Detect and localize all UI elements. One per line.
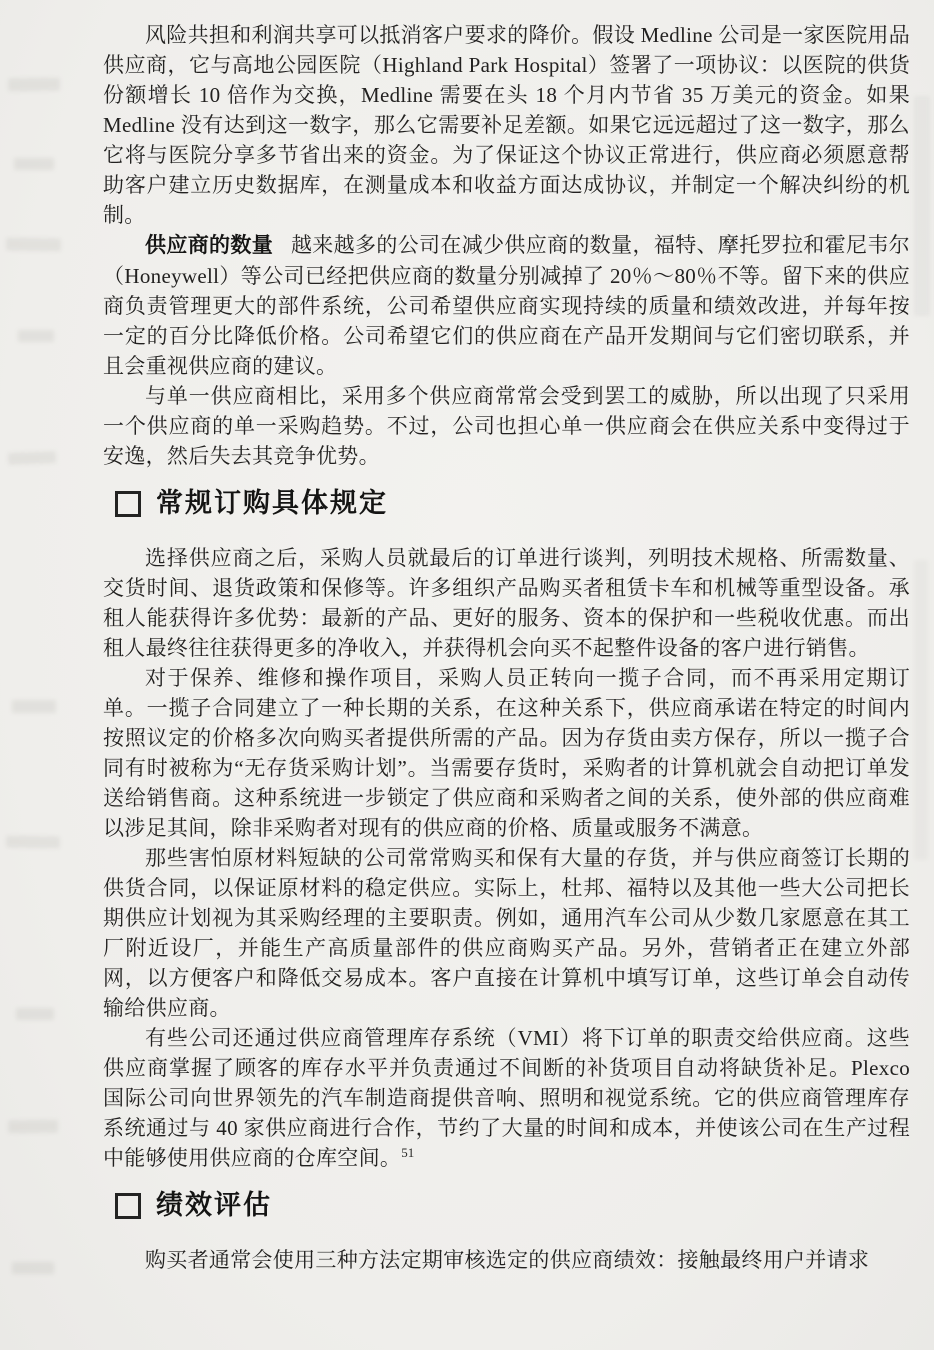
paragraph-blanket-contract: 对于保养、维修和操作项目，采购人员正转向一揽子合同，而不再采用定期订单。一揽子合… — [103, 663, 910, 843]
scan-bleed-artifact — [8, 451, 56, 465]
paragraph-material-shortage: 那些害怕原材料短缺的公司常常购买和保有大量的存货，并与供应商签订长期的供货合同，… — [103, 843, 910, 1023]
scan-bleed-artifact — [8, 1120, 58, 1134]
paragraph-review-methods: 购买者通常会使用三种方法定期审核选定的供应商绩效：接触最终用户并请求 — [103, 1245, 910, 1275]
scan-bleed-artifact — [18, 330, 54, 342]
paragraph-vmi: 有些公司还通过供应商管理库存系统（VMI）将下订单的职责交给供应商。这些供应商掌… — [103, 1023, 910, 1173]
page-body: 风险共担和利润共享可以抵消客户要求的降价。假设 Medline 公司是一家医院用… — [103, 20, 910, 1275]
scan-bleed-artifact — [12, 700, 56, 713]
scan-bleed-artifact — [16, 1008, 54, 1020]
scan-bleed-artifact — [914, 560, 928, 860]
scanned-book-page: 风险共担和利润共享可以抵消客户要求的降价。假设 Medline 公司是一家医院用… — [0, 0, 934, 1350]
scan-bleed-artifact — [6, 836, 60, 849]
scan-bleed-artifact — [6, 238, 61, 252]
scan-bleed-artifact — [14, 158, 54, 170]
scan-bleed-artifact — [12, 1262, 54, 1274]
paragraph-vmi-text: 有些公司还通过供应商管理库存系统（VMI）将下订单的职责交给供应商。这些供应商掌… — [103, 1026, 910, 1170]
scan-bleed-artifact — [914, 96, 930, 316]
section-heading-ordering: 常规订购具体规定 — [115, 487, 910, 519]
square-bullet-icon — [115, 1193, 141, 1219]
scan-bleed-artifact — [8, 78, 60, 92]
paragraph-supplier-count: 供应商的数量越来越多的公司在减少供应商的数量，福特、摩托罗拉和霍尼韦尔（Hone… — [103, 230, 910, 381]
runin-heading-supplier-count: 供应商的数量 — [145, 234, 273, 257]
paragraph-single-sourcing: 与单一供应商相比，采用多个供应商常常会受到罢工的威胁，所以出现了只采用一个供应商… — [103, 381, 910, 471]
section-heading-evaluation-label: 绩效评估 — [156, 1189, 272, 1221]
footnote-reference-51: 51 — [401, 1145, 414, 1160]
paragraph-order-negotiation: 选择供应商之后，采购人员就最后的订单进行谈判，列明技术规格、所需数量、交货时间、… — [103, 543, 910, 663]
paragraph-risk-sharing: 风险共担和利润共享可以抵消客户要求的降价。假设 Medline 公司是一家医院用… — [103, 20, 910, 230]
square-bullet-icon — [115, 491, 141, 517]
section-heading-evaluation: 绩效评估 — [115, 1189, 910, 1221]
section-heading-ordering-label: 常规订购具体规定 — [156, 487, 388, 519]
